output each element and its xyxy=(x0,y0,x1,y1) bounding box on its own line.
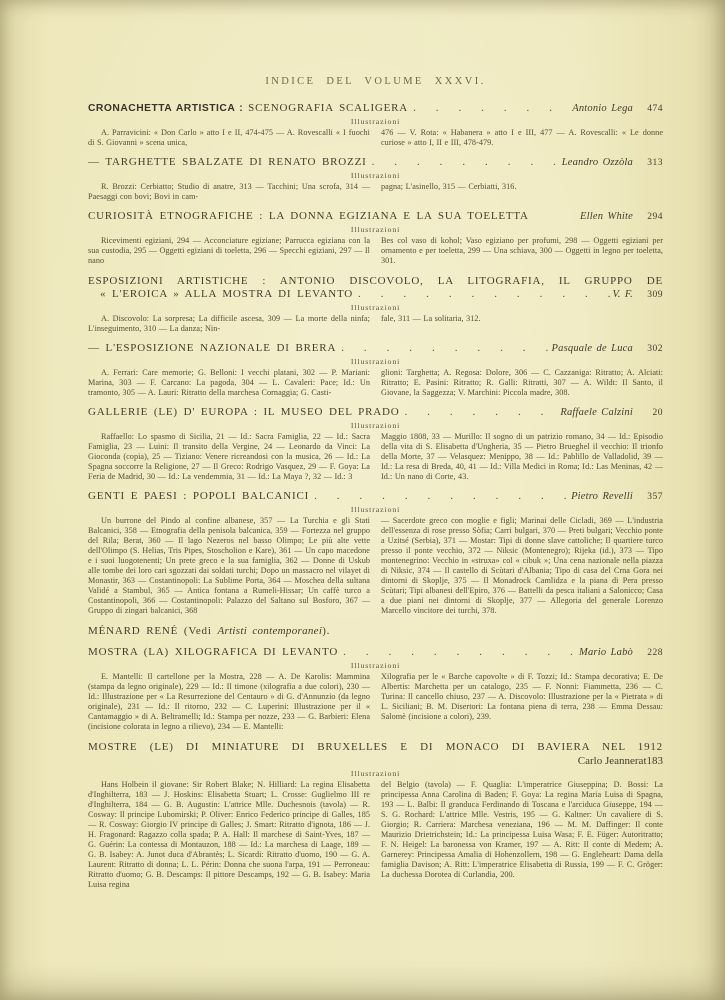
entry-columns: Hans Holbein il giovane: Sir Robert Blak… xyxy=(88,780,663,890)
entry-column-right: fale, 311 — La solitaria, 312. xyxy=(381,314,663,334)
leader-dots: . . . . . . . . . . xyxy=(336,342,551,355)
illustrations-label: Illustrazioni xyxy=(88,225,663,234)
entry-page-number: 294 xyxy=(641,211,663,224)
entry-title: ANTONIO DISCOVOLO, LA LITOGRAFIA, IL GRU… xyxy=(280,275,663,287)
entry-title: MOSTRA (LA) XILOGRAFICA DI LEVANTO xyxy=(88,646,338,659)
entry-title: MOSTRE (LE) DI MINIATURE DI BRUXELLES E … xyxy=(88,741,663,753)
entry-title: — L'ESPOSIZIONE NAZIONALE DI BRERA xyxy=(88,342,336,355)
entry-heading: CRONACHETTA ARTISTICA : SCENOGRAFIA SCAL… xyxy=(88,102,663,116)
index-entry-menard: MÉNARD RENÉ (Vedi Artisti contemporanei)… xyxy=(88,624,663,638)
entry-heading-line1: ESPOSIZIONI ARTISTICHE : ANTONIO DISCOVO… xyxy=(88,274,663,288)
entry-page-number: 313 xyxy=(641,157,663,170)
entry-author: Pasquale de Luca xyxy=(552,342,633,355)
entry-author: Antonio Lega xyxy=(572,102,633,115)
leader-dots: . . . . . . . . . . . . . xyxy=(338,646,579,659)
entry-title: CURIOSITÀ ETNOGRAFICHE : LA DONNA EGIZIA… xyxy=(88,210,529,223)
index-entry-genti-e-paesi: GENTI E PAESI : POPOLI BALCANICI . . . .… xyxy=(88,490,663,616)
entry-column-right: — Sacerdote greco con moglie e figli; Ma… xyxy=(381,516,663,616)
leader-dots: . . . . . . . . . xyxy=(399,406,560,419)
entry-title: GALLERIE (LE) D' EUROPA : IL MUSEO DEL P… xyxy=(88,406,399,419)
entry-heading-line1: MOSTRE (LE) DI MINIATURE DI BRUXELLES E … xyxy=(88,740,663,754)
entry-lead: ESPOSIZIONI ARTISTICHE : xyxy=(88,275,266,287)
entry-column-left: A. Ferrari: Care memorie; G. Belloni: I … xyxy=(88,368,370,398)
entry-column-right: glioni: Targhetta; A. Regosa: Dolore, 30… xyxy=(381,368,663,398)
entry-heading: MÉNARD RENÉ (Vedi Artisti contemporanei)… xyxy=(88,624,663,638)
index-entry-targhette: — TARGHETTE SBALZATE DI RENATO BROZZI . … xyxy=(88,156,663,202)
entry-column-left: A. Discovolo: La sorpresa; La difficile … xyxy=(88,314,370,334)
entry-heading: CURIOSITÀ ETNOGRAFICHE : LA DONNA EGIZIA… xyxy=(88,210,663,224)
entry-column-left: Hans Holbein il giovane: Sir Robert Blak… xyxy=(88,780,370,890)
entry-heading-line2: Carlo Jeannerat 183 xyxy=(88,754,663,768)
illustrations-label: Illustrazioni xyxy=(88,769,663,778)
entry-heading: GENTI E PAESI : POPOLI BALCANICI . . . .… xyxy=(88,490,663,504)
index-entry-esposizioni: ESPOSIZIONI ARTISTICHE : ANTONIO DISCOVO… xyxy=(88,274,663,334)
leader-dots: . . . . . . . xyxy=(408,102,572,115)
entry-author: Mario Labò xyxy=(579,646,633,659)
entry-title: GENTI E PAESI : POPOLI BALCANICI xyxy=(88,490,309,503)
entry-author: Leandro Ozzòla xyxy=(562,156,633,169)
entry-heading: — TARGHETTE SBALZATE DI RENATO BROZZI . … xyxy=(88,156,663,170)
illustrations-label: Illustrazioni xyxy=(88,421,663,430)
entry-heading-line2: « L'EROICA » ALLA MOSTRA DI LEVANTO . . … xyxy=(88,288,663,302)
entry-title-end: ). xyxy=(322,625,330,637)
entry-title: — TARGHETTE SBALZATE DI RENATO BROZZI xyxy=(88,156,367,169)
entry-title: SCENOGRAFIA SCALIGERA xyxy=(248,102,408,115)
entry-column-left: E. Mantelli: Il cartellone per la Mostra… xyxy=(88,672,370,732)
index-entry-mostre-miniature: MOSTRE (LE) DI MINIATURE DI BRUXELLES E … xyxy=(88,740,663,890)
illustrations-label: Illustrazioni xyxy=(88,303,663,312)
entry-heading: MOSTRA (LA) XILOGRAFICA DI LEVANTO . . .… xyxy=(88,646,663,660)
entry-column-right: Xilografia per le « Barche capovolte » d… xyxy=(381,672,663,732)
entry-page-number: 309 xyxy=(641,289,663,302)
entry-lead: CRONACHETTA ARTISTICA : xyxy=(88,102,243,115)
illustrations-label: Illustrazioni xyxy=(88,505,663,514)
illustrations-label: Illustrazioni xyxy=(88,661,663,670)
paper-sheet: INDICE DEL VOLUME XXXVI. CRONACHETTA ART… xyxy=(0,0,725,1000)
entry-title: MÉNARD RENÉ (Vedi xyxy=(88,625,217,637)
leader-dots: . . . . . . . . . . . . . xyxy=(353,288,612,301)
entry-columns: R. Brozzi: Cerbiatto; Studio di anatre, … xyxy=(88,182,663,202)
entry-columns: A. Parravicini: « Don Carlo » atto I e I… xyxy=(88,128,663,148)
index-entry-gallerie: GALLERIE (LE) D' EUROPA : IL MUSEO DEL P… xyxy=(88,406,663,482)
entry-heading: GALLERIE (LE) D' EUROPA : IL MUSEO DEL P… xyxy=(88,406,663,420)
entry-page-number: 20 xyxy=(641,407,663,420)
entry-author: Raffaele Calzini xyxy=(560,406,633,419)
page-title: INDICE DEL VOLUME XXXVI. xyxy=(88,76,663,87)
entry-page-number: 302 xyxy=(641,343,663,356)
entry-column-left: A. Parravicini: « Don Carlo » atto I e I… xyxy=(88,128,370,148)
entry-author: Carlo Jeannerat xyxy=(578,754,647,768)
entry-columns: A. Discovolo: La sorpresa; La difficile … xyxy=(88,314,663,334)
entry-column-right: Bes col vaso di kohol; Vaso egiziano per… xyxy=(381,236,663,266)
entry-columns: Raffaello: Lo spasmo di Sicilia, 21 — Id… xyxy=(88,432,663,482)
entry-heading: — L'ESPOSIZIONE NAZIONALE DI BRERA . . .… xyxy=(88,342,663,356)
index-entry-curiosita: CURIOSITÀ ETNOGRAFICHE : LA DONNA EGIZIA… xyxy=(88,210,663,266)
entry-page-number: 474 xyxy=(641,103,663,116)
entry-column-left: Un burrone del Pindo al confine albanese… xyxy=(88,516,370,616)
index-content: INDICE DEL VOLUME XXXVI. CRONACHETTA ART… xyxy=(0,0,725,890)
illustrations-label: Illustrazioni xyxy=(88,357,663,366)
entry-page-number: 357 xyxy=(641,491,663,504)
index-entry-cronachetta: CRONACHETTA ARTISTICA : SCENOGRAFIA SCAL… xyxy=(88,102,663,148)
entry-page-number: 183 xyxy=(647,754,664,768)
entry-column-right: 476 — V. Rota: « Habanera » atto I e III… xyxy=(381,128,663,148)
entry-columns: Ricevimenti egiziani, 294 — Acconciature… xyxy=(88,236,663,266)
entry-column-left: Raffaello: Lo spasmo di Sicilia, 21 — Id… xyxy=(88,432,370,482)
illustrations-label: Illustrazioni xyxy=(88,117,663,126)
entry-column-right: Maggio 1808, 33 — Murillo: Il sogno di u… xyxy=(381,432,663,482)
leader-dots: . . . . . . . . . xyxy=(367,156,562,169)
entry-author: Pietro Revelli xyxy=(571,490,633,503)
entry-author: V. F. xyxy=(613,288,634,301)
index-entry-mostra-xilografica: MOSTRA (LA) XILOGRAFICA DI LEVANTO . . .… xyxy=(88,646,663,732)
entry-column-left: R. Brozzi: Cerbiatto; Studio di anatre, … xyxy=(88,182,370,202)
entry-page-number: 228 xyxy=(641,647,663,660)
entry-cross-reference: Artisti contemporanei xyxy=(217,625,322,637)
illustrations-label: Illustrazioni xyxy=(88,171,663,180)
entry-column-right: pagna; L'asinello, 315 — Cerbiatti, 316. xyxy=(381,182,663,202)
entry-columns: A. Ferrari: Care memorie; G. Belloni: I … xyxy=(88,368,663,398)
entry-columns: E. Mantelli: Il cartellone per la Mostra… xyxy=(88,672,663,732)
leader-dots: . . . . . . . . . . . . . . xyxy=(309,490,571,503)
index-entry-brera: — L'ESPOSIZIONE NAZIONALE DI BRERA . . .… xyxy=(88,342,663,398)
entry-column-right: del Belgio (tavola) — F. Quaglia: L'impe… xyxy=(381,780,663,890)
entry-column-left: Ricevimenti egiziani, 294 — Acconciature… xyxy=(88,236,370,266)
entry-columns: Un burrone del Pindo al confine albanese… xyxy=(88,516,663,616)
entry-title: « L'EROICA » ALLA MOSTRA DI LEVANTO xyxy=(100,288,353,301)
entry-author: Ellen White xyxy=(580,210,633,223)
